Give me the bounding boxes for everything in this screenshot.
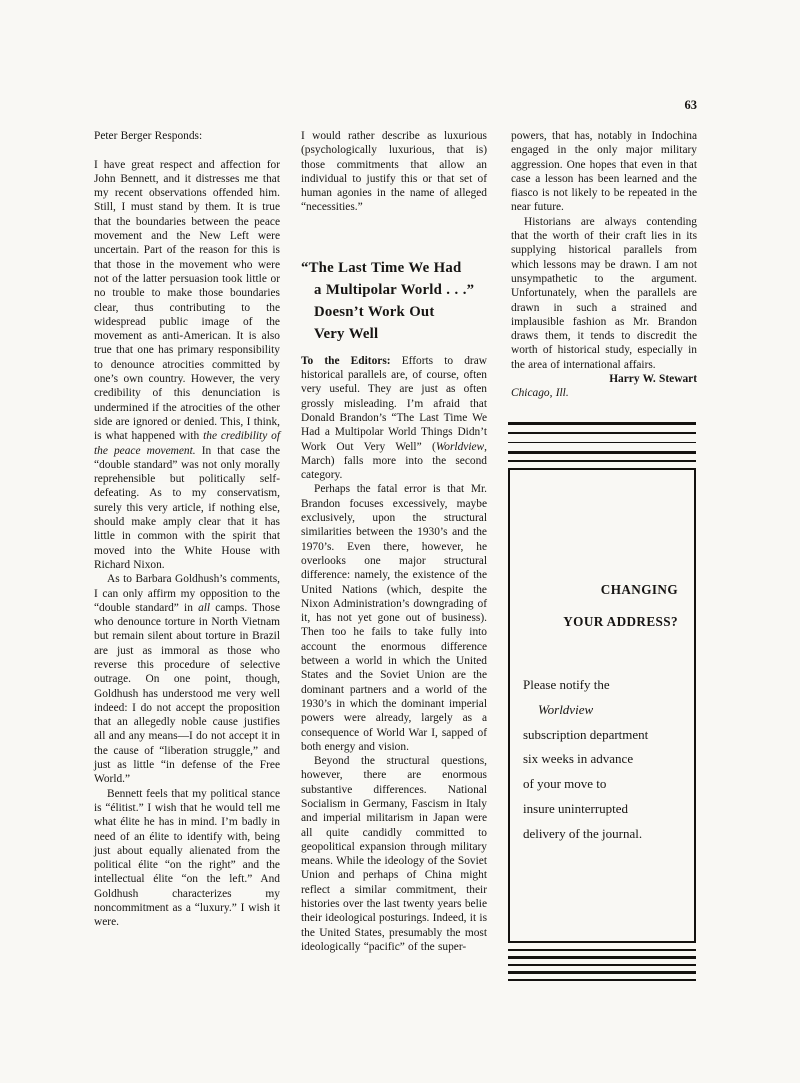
text-run: Historians are always contending that th… <box>511 216 697 371</box>
signature: Harry W. Stewart <box>511 372 697 386</box>
signature-location: Chicago, Ill. <box>511 386 697 400</box>
address-box-line: Please notify the <box>523 673 686 698</box>
letter-title-line: Doesn’t Work Out <box>301 301 487 323</box>
paragraph: To the Editors: Efforts to draw historic… <box>301 354 487 483</box>
text-run: I would rather describe as luxurious (ps… <box>301 130 487 213</box>
address-box-line: of your move to <box>523 772 686 797</box>
responds-heading: Peter Berger Responds: <box>94 129 280 143</box>
text-run: camps. Those who denounce torture in Nor… <box>94 602 280 786</box>
paragraph: I would rather describe as luxurious (ps… <box>301 129 487 215</box>
letter-title-line: “The Last Time We Had <box>301 257 487 279</box>
change-of-address-box: CHANGING YOUR ADDRESS? Please notify the… <box>508 468 696 943</box>
text-run: Perhaps the fatal error is that Mr. Bran… <box>301 483 487 752</box>
address-box-body: Please notify theWorldviewsubscription d… <box>510 673 694 847</box>
text-run: Chicago, Ill. <box>511 387 569 399</box>
address-box-heading-line1: CHANGING <box>510 582 694 598</box>
decorative-rule <box>508 956 696 959</box>
text-run: Harry W. Stewart <box>609 373 697 385</box>
paragraph: As to Barbara Goldhush’s comments, I can… <box>94 572 280 786</box>
text-column-3: powers, that has, notably in Indochina e… <box>511 129 697 401</box>
decorative-rule <box>508 422 696 425</box>
text-column-2: I would rather describe as luxurious (ps… <box>301 129 487 954</box>
decorative-rule <box>508 964 696 966</box>
text-run: Peter Berger Responds: <box>94 130 202 142</box>
letter-title-line: Very Well <box>301 323 487 345</box>
page-number: 63 <box>620 98 697 113</box>
decorative-rule <box>508 979 696 981</box>
text-run: Efforts to draw historical parallels are… <box>301 355 487 453</box>
paragraph: Perhaps the fatal error is that Mr. Bran… <box>301 482 487 754</box>
letter-title: “The Last Time We Hada Multipolar World … <box>301 257 487 345</box>
text-run: In that case the “double standard” was n… <box>94 445 280 571</box>
text-run: Bennett feels that my political stance i… <box>94 788 280 929</box>
paragraph: Bennett feels that my political stance i… <box>94 787 280 930</box>
address-box-line: Worldview <box>523 698 686 723</box>
decorative-rule <box>508 460 696 462</box>
address-box-line: six weeks in advance <box>523 747 686 772</box>
decorative-rule <box>508 971 696 974</box>
address-box-heading-line2: YOUR ADDRESS? <box>510 614 694 630</box>
paragraph: powers, that has, notably in Indochina e… <box>511 129 697 215</box>
magazine-page: 63 Peter Berger Responds:I have great re… <box>0 0 800 1083</box>
text-run: powers, that has, notably in Indochina e… <box>511 130 697 213</box>
decorative-rule <box>508 442 696 443</box>
decorative-rule <box>508 432 696 434</box>
paragraph: Beyond the structural questions, however… <box>301 754 487 954</box>
text-run: all <box>198 602 210 614</box>
paragraph: I have great respect and affection for J… <box>94 158 280 573</box>
text-run: I have great respect and affection for J… <box>94 159 280 443</box>
decorative-rules-top <box>508 422 696 462</box>
address-box-line: subscription department <box>523 723 686 748</box>
text-run: Beyond the structural questions, however… <box>301 755 487 953</box>
decorative-rule <box>508 451 696 454</box>
address-box-line: delivery of the journal. <box>523 822 686 847</box>
text-column-1: Peter Berger Responds:I have great respe… <box>94 129 280 930</box>
paragraph: Historians are always contending that th… <box>511 215 697 372</box>
letter-title-line: a Multipolar World . . .” <box>301 279 487 301</box>
address-box-line: insure uninterrupted <box>523 797 686 822</box>
decorative-rule <box>508 949 696 951</box>
text-run: Worldview <box>436 441 484 453</box>
decorative-rules-bottom <box>508 949 696 981</box>
text-run: To the Editors: <box>301 355 391 367</box>
